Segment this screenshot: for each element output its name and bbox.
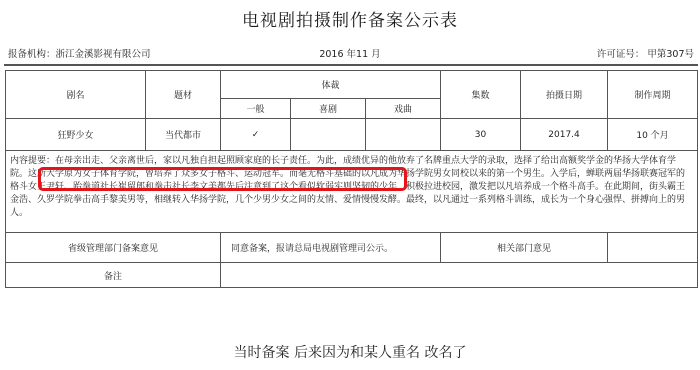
provincial-opinion-label: 省级管理部门备案意见 <box>6 233 221 263</box>
header-genre: 体裁 <box>221 71 441 99</box>
cell-subject: 当代都市 <box>146 119 221 151</box>
notes-value <box>221 263 698 288</box>
notes-row: 备注 <box>6 263 698 288</box>
cell-shoot-date: 2017.4 <box>521 119 608 151</box>
synopsis-text: 内容提要：在母亲出走、父亲离世后，家以凡独自担起照顾家庭的长子责任。为此，成绩优… <box>6 151 698 233</box>
cell-production-period: 10 个月 <box>608 119 698 151</box>
table-row: 狂野少女 当代都市 ✓ 30 2017.4 10 个月 <box>6 119 698 151</box>
cell-genre-general: ✓ <box>221 119 291 151</box>
header-production-period: 制作周期 <box>608 71 698 119</box>
provincial-opinion-value: 同意备案，报请总局电视剧管理司公示。 <box>221 233 441 263</box>
filing-date: 2016 年11 月 <box>0 46 700 60</box>
header-row: 剧名 题材 体裁 集数 拍摄日期 制作周期 <box>6 71 698 99</box>
opinion-row: 省级管理部门备案意见 同意备案，报请总局电视剧管理司公示。 相关部门意见 <box>6 233 698 263</box>
header-shoot-date: 拍摄日期 <box>521 71 608 119</box>
header-genre-general: 一般 <box>221 99 291 119</box>
header-drama-name: 剧名 <box>6 71 146 119</box>
header-subject: 题材 <box>146 71 221 119</box>
filing-table: 剧名 题材 体裁 集数 拍摄日期 制作周期 一般 喜剧 戏曲 狂野少女 当代都市… <box>5 70 698 288</box>
checkmark-icon: ✓ <box>252 130 260 140</box>
cell-genre-opera <box>366 119 441 151</box>
synopsis-row: 内容提要：在母亲出走、父亲离世后，家以凡独自担起照顾家庭的长子责任。为此，成绩优… <box>6 151 698 233</box>
header-episodes: 集数 <box>441 71 521 119</box>
cell-episodes: 30 <box>441 119 521 151</box>
document-title: 电视剧拍摄制作备案公示表 <box>0 6 700 31</box>
license-number: 许可证号： 甲第307号 <box>597 46 694 60</box>
header-genre-comedy: 喜剧 <box>291 99 366 119</box>
related-dept-label: 相关部门意见 <box>441 233 608 263</box>
header-genre-opera: 戏曲 <box>366 99 441 119</box>
notes-label: 备注 <box>6 263 221 288</box>
cell-drama-name: 狂野少女 <box>6 119 146 151</box>
related-dept-value <box>608 233 698 263</box>
header-divider <box>4 64 698 66</box>
cell-genre-comedy <box>291 119 366 151</box>
caption-text: 当时备案 后来因为和某人重名 改名了 <box>0 342 700 362</box>
